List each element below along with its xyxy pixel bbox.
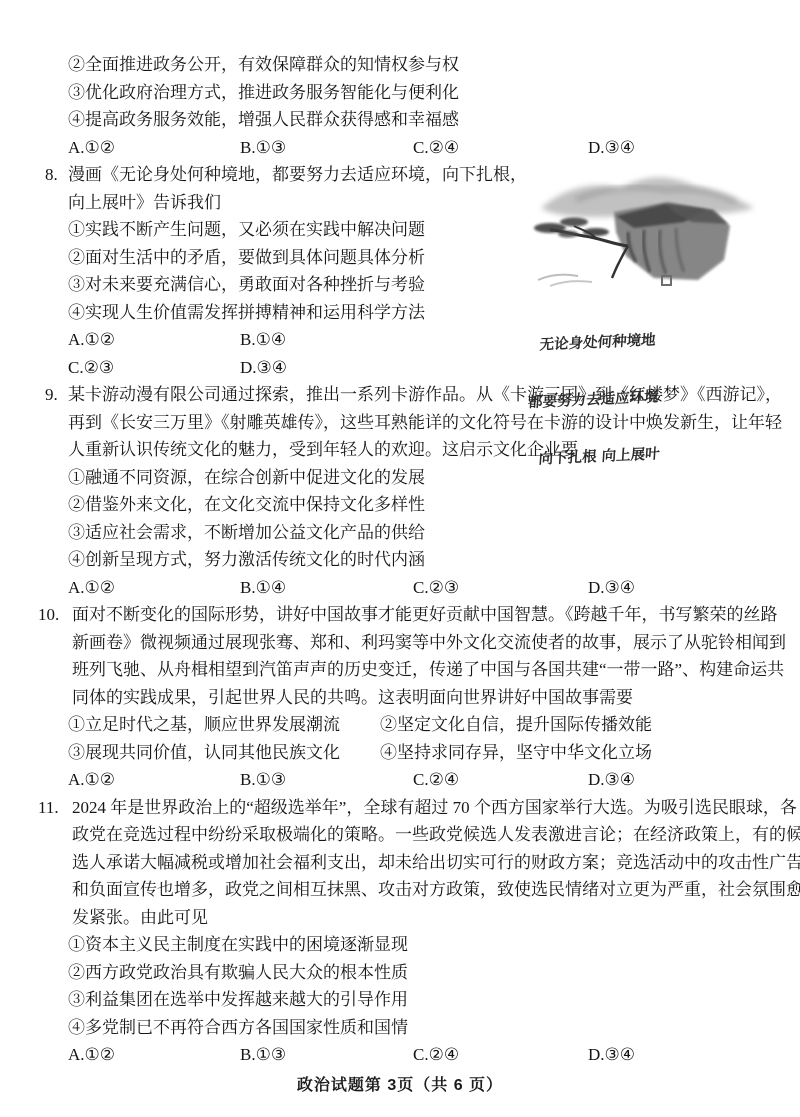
q10-choices-row: A.①② B.①③ C.②④ D.③④: [0, 766, 800, 794]
q7-item-4: ④提高政务服务效能，增强人民群众获得感和幸福感: [0, 106, 800, 134]
q10-stem-line-2: 新画卷》微视频通过展现张骞、郑和、利玛窦等中外文化交流使者的故事，展示了从驼铃相…: [0, 629, 800, 657]
q10-choice-b: B.①③: [240, 766, 286, 794]
q11-choice-b: B.①③: [240, 1041, 286, 1069]
q10-items-row-2: ③展现共同价值，认同其他民族文化 ④坚持求同存异，坚守中华文化立场: [0, 739, 800, 767]
q11-item-4-text: ④多党制已不再符合西方各国国家性质和国情: [68, 1014, 408, 1042]
q8-choice-c: C.②③: [68, 354, 114, 382]
cartoon-caption-line-2: 都要努力去适应环境: [528, 383, 773, 413]
q11-number: 11.: [38, 794, 59, 822]
q11-choice-d: D.③④: [588, 1041, 635, 1069]
q10-stem-line-4: 同体的实践成果，引起世界人民的共鸣。这表明面向世界讲好中国故事需要: [0, 684, 800, 712]
q9-number: 9.: [45, 381, 58, 409]
q7-choice-b: B.①③: [240, 134, 286, 162]
q11-choice-c: C.②④: [413, 1041, 459, 1069]
q11-stem-4-text: 和负面宣传也增多，政党之间相互抹黑、攻击对方政策，致使选民情绪对立更为严重，社会…: [72, 876, 800, 904]
q11-stem-line-5: 发紧张。由此可见: [0, 904, 800, 932]
q11-item-1-text: ①资本主义民主制度在实践中的困境逐渐显现: [68, 931, 408, 959]
q10-choice-d: D.③④: [588, 766, 635, 794]
q8-choice-d: D.③④: [240, 354, 287, 382]
q10-number: 10.: [38, 601, 59, 629]
q11-item-3-text: ③利益集团在选举中发挥越来越大的引导作用: [68, 986, 408, 1014]
q8-cartoon: 无论身处何种境地 都要努力去适应环境 向下扎根 向上展叶: [516, 160, 772, 358]
q10-stem-1-text: 面对不断变化的国际形势，讲好中国故事才能更好贡献中国智慧。《跨越千年，书写繁荣的…: [72, 601, 778, 629]
q9-item-1-text: ①融通不同资源，在综合创新中促进文化的发展: [68, 464, 425, 492]
q10-stem-2-text: 新画卷》微视频通过展现张骞、郑和、利玛窦等中外文化交流使者的故事，展示了从驼铃相…: [72, 629, 786, 657]
q8-choice-b: B.①④: [240, 326, 286, 354]
q11-choices-row: A.①② B.①③ C.②④ D.③④: [0, 1041, 800, 1069]
page-footer: 政治试题第 3页（共 6 页）: [0, 1072, 800, 1095]
q7-choice-a: A.①②: [68, 134, 115, 162]
q8-item-3-text: ③对未来要充满信心，勇敢面对各种挫折与考验: [68, 271, 425, 299]
q7-item-3-text: ③优化政府治理方式，推进政务服务智能化与便利化: [68, 79, 459, 107]
q10-choice-a: A.①②: [68, 766, 115, 794]
q11-stem-5-text: 发紧张。由此可见: [72, 904, 208, 932]
q8-item-1-text: ①实践不断产生问题，又必须在实践中解决问题: [68, 216, 425, 244]
cartoon-caption-line-1: 无论身处何种境地: [539, 326, 770, 355]
q10-item-1-text: ①立足时代之基，顺应世界发展潮流: [68, 711, 340, 739]
q8-stem-1-text: 漫画《无论身处何种境地，都要努力去适应环境，向下扎根，: [68, 161, 527, 189]
q9-choice-d: D.③④: [588, 574, 635, 602]
q10-stem-3-text: 班列飞驰、从舟楫相望到汽笛声声的历史变迁，传递了中国与各国共建“一带一路”、构建…: [72, 656, 784, 684]
q7-choice-c: C.②④: [413, 134, 459, 162]
q11-item-1: ①资本主义民主制度在实践中的困境逐渐显现: [0, 931, 800, 959]
q10-stem-line-3: 班列飞驰、从舟楫相望到汽笛声声的历史变迁，传递了中国与各国共建“一带一路”、构建…: [0, 656, 800, 684]
q11-item-4: ④多党制已不再符合西方各国国家性质和国情: [0, 1014, 800, 1042]
q8-number: 8.: [45, 161, 58, 189]
q9-item-2-text: ②借鉴外来文化，在文化交流中保持文化多样性: [68, 491, 425, 519]
q10-stem-4-text: 同体的实践成果，引起世界人民的共鸣。这表明面向世界讲好中国故事需要: [72, 684, 633, 712]
q7-item-4-text: ④提高政务服务效能，增强人民群众获得感和幸福感: [68, 106, 459, 134]
q9-item-4-text: ④创新呈现方式，努力激活传统文化的时代内涵: [68, 546, 425, 574]
q10-item-3-text: ③展现共同价值，认同其他民族文化: [68, 739, 340, 767]
q8-item-4-text: ④实现人生价值需发挥拼搏精神和运用科学方法: [68, 299, 425, 327]
q7-item-2-text: ②全面推进政务公开，有效保障群众的知情权参与权: [68, 51, 459, 79]
ink-painting-cliff-pine-icon: [516, 160, 772, 292]
q8-stem-2-text: 向上展叶》告诉我们: [68, 189, 221, 217]
q7-item-2: ②全面推进政务公开，有效保障群众的知情权参与权: [0, 51, 800, 79]
q11-stem-1-text: 2024 年是世界政治上的“超级选举年”，全球有超过 70 个西方国家举行大选。…: [72, 794, 797, 822]
q9-item-4: ④创新呈现方式，努力激活传统文化的时代内涵: [0, 546, 800, 574]
q9-choice-b: B.①④: [240, 574, 286, 602]
q11-stem-line-2: 政党在竞选过程中纷纷采取极端化的策略。一些政党候选人发表激进言论；在经济政策上，…: [0, 821, 800, 849]
q9-choice-a: A.①②: [68, 574, 115, 602]
q11-stem-line-3: 选人承诺大幅减税或增加社会福利支出，却未给出切实可行的财政方案；竞选活动中的攻击…: [0, 849, 800, 877]
q8-item-2-text: ②面对生活中的矛盾，要做到具体问题具体分析: [68, 244, 425, 272]
exam-page: ②全面推进政务公开，有效保障群众的知情权参与权 ③优化政府治理方式，推进政务服务…: [0, 0, 800, 1117]
q11-stem-3-text: 选人承诺大幅减税或增加社会福利支出，却未给出切实可行的财政方案；竞选活动中的攻击…: [72, 849, 800, 877]
q9-choices-row: A.①② B.①④ C.②③ D.③④: [0, 574, 800, 602]
q11-stem-line-1: 11. 2024 年是世界政治上的“超级选举年”，全球有超过 70 个西方国家举…: [0, 794, 800, 822]
cartoon-caption: 无论身处何种境地 都要努力去适应环境 向下扎根 向上展叶: [512, 289, 777, 509]
q11-item-3: ③利益集团在选举中发挥越来越大的引导作用: [0, 986, 800, 1014]
q7-choice-d: D.③④: [588, 134, 635, 162]
q11-stem-line-4: 和负面宣传也增多，政党之间相互抹黑、攻击对方政策，致使选民情绪对立更为严重，社会…: [0, 876, 800, 904]
q7-item-3: ③优化政府治理方式，推进政务服务智能化与便利化: [0, 79, 800, 107]
cartoon-caption-line-3: 向下扎根 向上展叶: [538, 440, 775, 469]
q9-item-3: ③适应社会需求，不断增加公益文化产品的供给: [0, 519, 800, 547]
q11-choice-a: A.①②: [68, 1041, 115, 1069]
q11-item-2-text: ②西方政党政治具有欺骗人民大众的根本性质: [68, 959, 408, 987]
q11-stem-2-text: 政党在竞选过程中纷纷采取极端化的策略。一些政党候选人发表激进言论；在经济政策上，…: [72, 821, 800, 849]
q10-items-row-1: ①立足时代之基，顺应世界发展潮流 ②坚定文化自信，提升国际传播效能: [0, 711, 800, 739]
q10-choice-c: C.②④: [413, 766, 459, 794]
q10-stem-line-1: 10. 面对不断变化的国际形势，讲好中国故事才能更好贡献中国智慧。《跨越千年，书…: [0, 601, 800, 629]
q9-item-3-text: ③适应社会需求，不断增加公益文化产品的供给: [68, 519, 425, 547]
q10-item-2-text: ②坚定文化自信，提升国际传播效能: [380, 711, 652, 739]
q9-choice-c: C.②③: [413, 574, 459, 602]
q11-item-2: ②西方政党政治具有欺骗人民大众的根本性质: [0, 959, 800, 987]
q10-item-4-text: ④坚持求同存异，坚守中华文化立场: [380, 739, 652, 767]
q9-stem-3-text: 人重新认识传统文化的魅力，受到年轻人的欢迎。这启示文化企业要: [68, 436, 578, 464]
q7-choices-row: A.①② B.①③ C.②④ D.③④: [0, 134, 800, 162]
q8-choice-a: A.①②: [68, 326, 115, 354]
